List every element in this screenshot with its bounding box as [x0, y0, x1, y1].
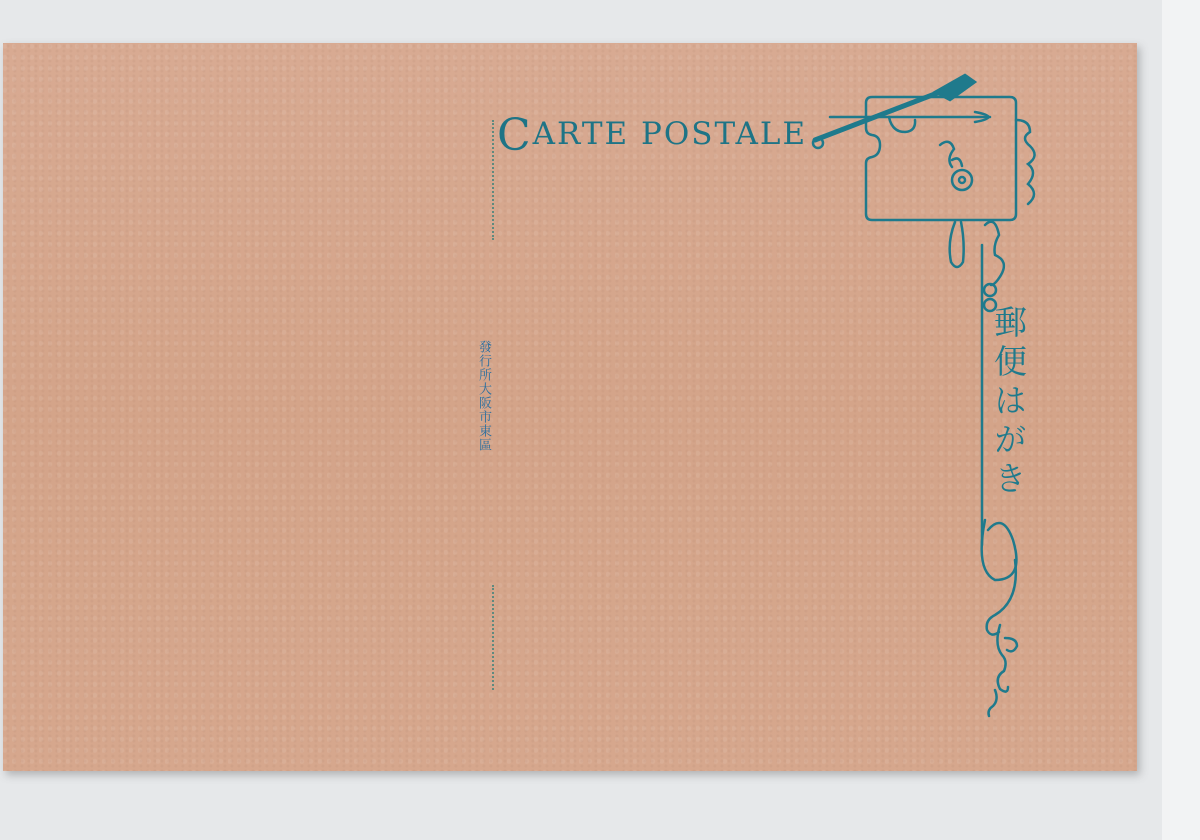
palette-ornament-icon — [0, 0, 1200, 840]
